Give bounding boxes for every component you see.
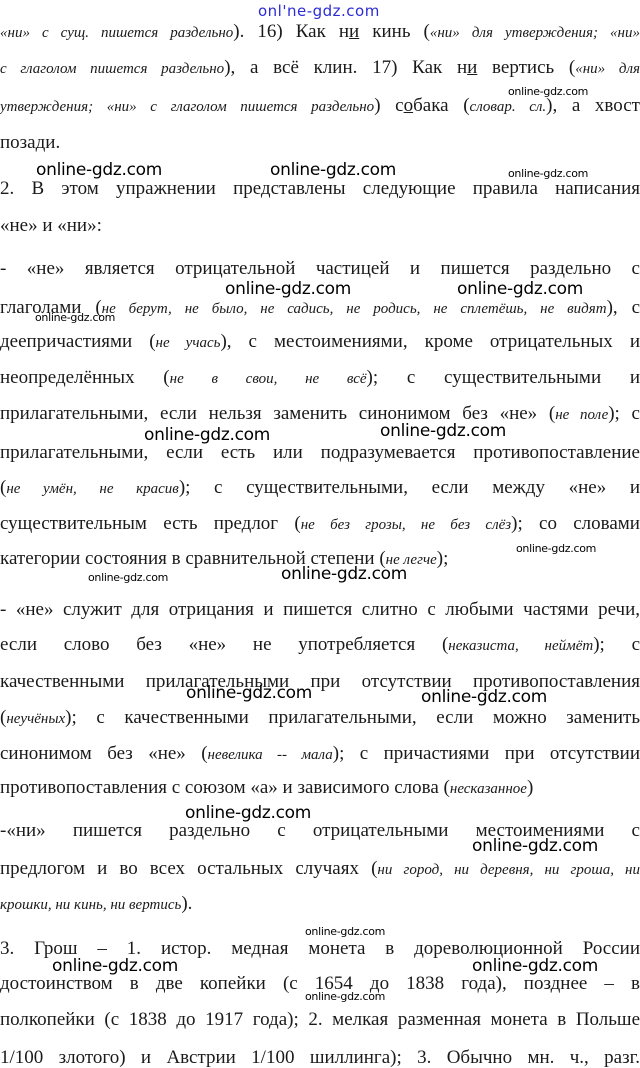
text-run: ); [437,548,449,569]
text-run: противопоставления с союзом «а» и зависи… [0,777,450,798]
text-line: 1/100 злотого) и Австрии 1/100 шиллинга)… [0,1047,640,1068]
watermark: online-gdz.com [144,425,270,445]
text-run: ). 16) Как н [233,21,349,42]
watermark: online-gdz.com [36,160,162,180]
italic-note: утверждения; «ни» с глаголом пишется раз… [0,99,374,115]
watermark: online-gdz.com [185,803,311,823]
text-run: о [404,95,414,116]
text-run: - «не» является отрицательной частицей и… [0,258,640,279]
text-line: крошки, ни кинь, ни вертись). [0,893,640,916]
text-run: предлогом и во всех остальных случаях ( [0,858,377,879]
text-line: утверждения; «ни» с глаголом пишется раз… [0,95,640,118]
text-line: - «не» является отрицательной частицей и… [0,258,640,280]
text-run: синонимом без «не» ( [0,743,208,764]
text-line: синонимом без «не» (невелика -- мала); с… [0,743,640,766]
watermark: online-gdz.com [225,279,351,299]
text-line: существительным есть предлог (не без гро… [0,513,640,536]
watermark: online-gdz.com [305,925,385,938]
italic-note: не без грозы, не без слёз [301,517,511,533]
watermark: online-gdz.com [457,279,583,299]
text-run: и [349,21,359,42]
text-line: с глаголом пишется раздельно), а всё кли… [0,57,640,80]
watermark: online-gdz.com [35,311,115,324]
italic-note: «ни» для утверждения; «ни» [430,25,640,41]
italic-note: с глаголом пишется раздельно [0,61,224,77]
text-run: ), а хвост [546,95,640,116]
text-run: ); с [608,403,640,424]
text-run: 2. В этом упражнении представлены следую… [0,178,640,199]
text-line: полкопейки (с 1838 до 1917 года); 2. мел… [0,1009,640,1031]
text-line: - «не» служит для отрицания и пишется сл… [0,599,640,621]
italic-note: ни город, ни деревня, ни гроша, ни [377,862,640,878]
watermark: online-gdz.com [472,956,598,976]
text-line: предлогом и во всех остальных случаях (н… [0,858,640,881]
text-run: ). [181,893,192,914]
italic-note: «ни» с сущ. пишется раздельно [0,25,233,41]
italic-note: не в свои, не всё [170,371,367,387]
watermark: online-gdz.com [508,167,588,180]
text-run: прилагательными, если есть или подразуме… [0,442,640,463]
text-run: ), с [607,297,640,318]
text-run: кинь ( [359,21,430,42]
text-line: прилагательными, если есть или подразуме… [0,442,640,464]
watermark: online-gdz.com [270,160,396,180]
text-run: ); с существительными и [367,367,640,388]
italic-note: невелика -- мала [208,747,333,763]
text-run: «не» и «ни»: [0,215,102,236]
text-run: вертись ( [477,57,575,78]
text-run: 1/100 злотого) и Австрии 1/100 шиллинга)… [0,1047,640,1068]
text-run: ); с причастиями при отсутствии [333,743,640,764]
italic-note: не умён, не красив [6,481,178,497]
watermark-top: onl'ne-gdz.com [258,2,380,20]
italic-note: словар. сл. [470,99,547,115]
watermark: online-gdz.com [281,564,407,584]
italic-note: не учась [156,335,221,351]
text-run: ), а всё клин. 17) Как н [224,57,467,78]
text-line: 2. В этом упражнении представлены следую… [0,178,640,200]
text-run: ); с качественными прилагательными, если… [65,707,640,728]
text-run: ); с [593,634,640,655]
text-line: «не» и «ни»: [0,215,640,237]
italic-note: неучёных [6,711,65,727]
text-line: (не умён, не красив); с существительными… [0,477,640,500]
italic-note: не берут, не было, не садись, не родись,… [102,301,607,317]
watermark: online-gdz.com [516,542,596,555]
text-run: ), с местоимениями, кроме отрицательных … [220,331,640,352]
watermark: online-gdz.com [186,683,312,703]
text-run: ); с существительными, если между «не» и [179,477,640,498]
text-run: если слово без «не» не употребляется ( [0,634,448,655]
text-run: ) с [374,95,403,116]
text-line: позади. [0,132,640,154]
text-run: существительным есть предлог ( [0,513,301,534]
text-run: позади. [0,132,60,153]
watermark: online-gdz.com [508,85,588,98]
italic-note: не поле [555,407,608,423]
text-run: бака ( [413,95,469,116]
watermark: online-gdz.com [88,571,168,584]
text-line: прилагательными, если нельзя заменить си… [0,403,640,426]
text-run: ) [527,777,533,798]
italic-note: «ни» для [575,61,640,77]
italic-note: неказиста, неймёт [448,638,593,654]
text-line: если слово без «не» не употребляется (не… [0,634,640,657]
text-line: деепричастиями (не учась), с местоимения… [0,331,640,354]
watermark: online-gdz.com [305,990,385,1003]
text-run: и [467,57,477,78]
text-line: противопоставления с союзом «а» и зависи… [0,777,640,800]
watermark: online-gdz.com [421,687,547,707]
watermark: online-gdz.com [472,836,598,856]
watermark: online-gdz.com [52,956,178,976]
italic-note: крошки, ни кинь, ни вертись [0,897,181,913]
text-line: неопределённых (не в свои, не всё); с су… [0,367,640,390]
text-line: «ни» с сущ. пишется раздельно). 16) Как … [0,21,640,44]
text-run: ); со словами [511,513,640,534]
text-run: полкопейки (с 1838 до 1917 года); 2. мел… [0,1009,640,1030]
italic-note: несказанное [450,781,527,797]
text-run: деепричастиями ( [0,331,156,352]
text-run: - «не» служит для отрицания и пишется сл… [0,599,640,620]
text-run: неопределённых ( [0,367,170,388]
watermark: online-gdz.com [380,421,506,441]
document-page: «ни» с сущ. пишется раздельно). 16) Как … [0,0,640,1068]
text-line: (неучёных); с качественными прилагательн… [0,707,640,730]
